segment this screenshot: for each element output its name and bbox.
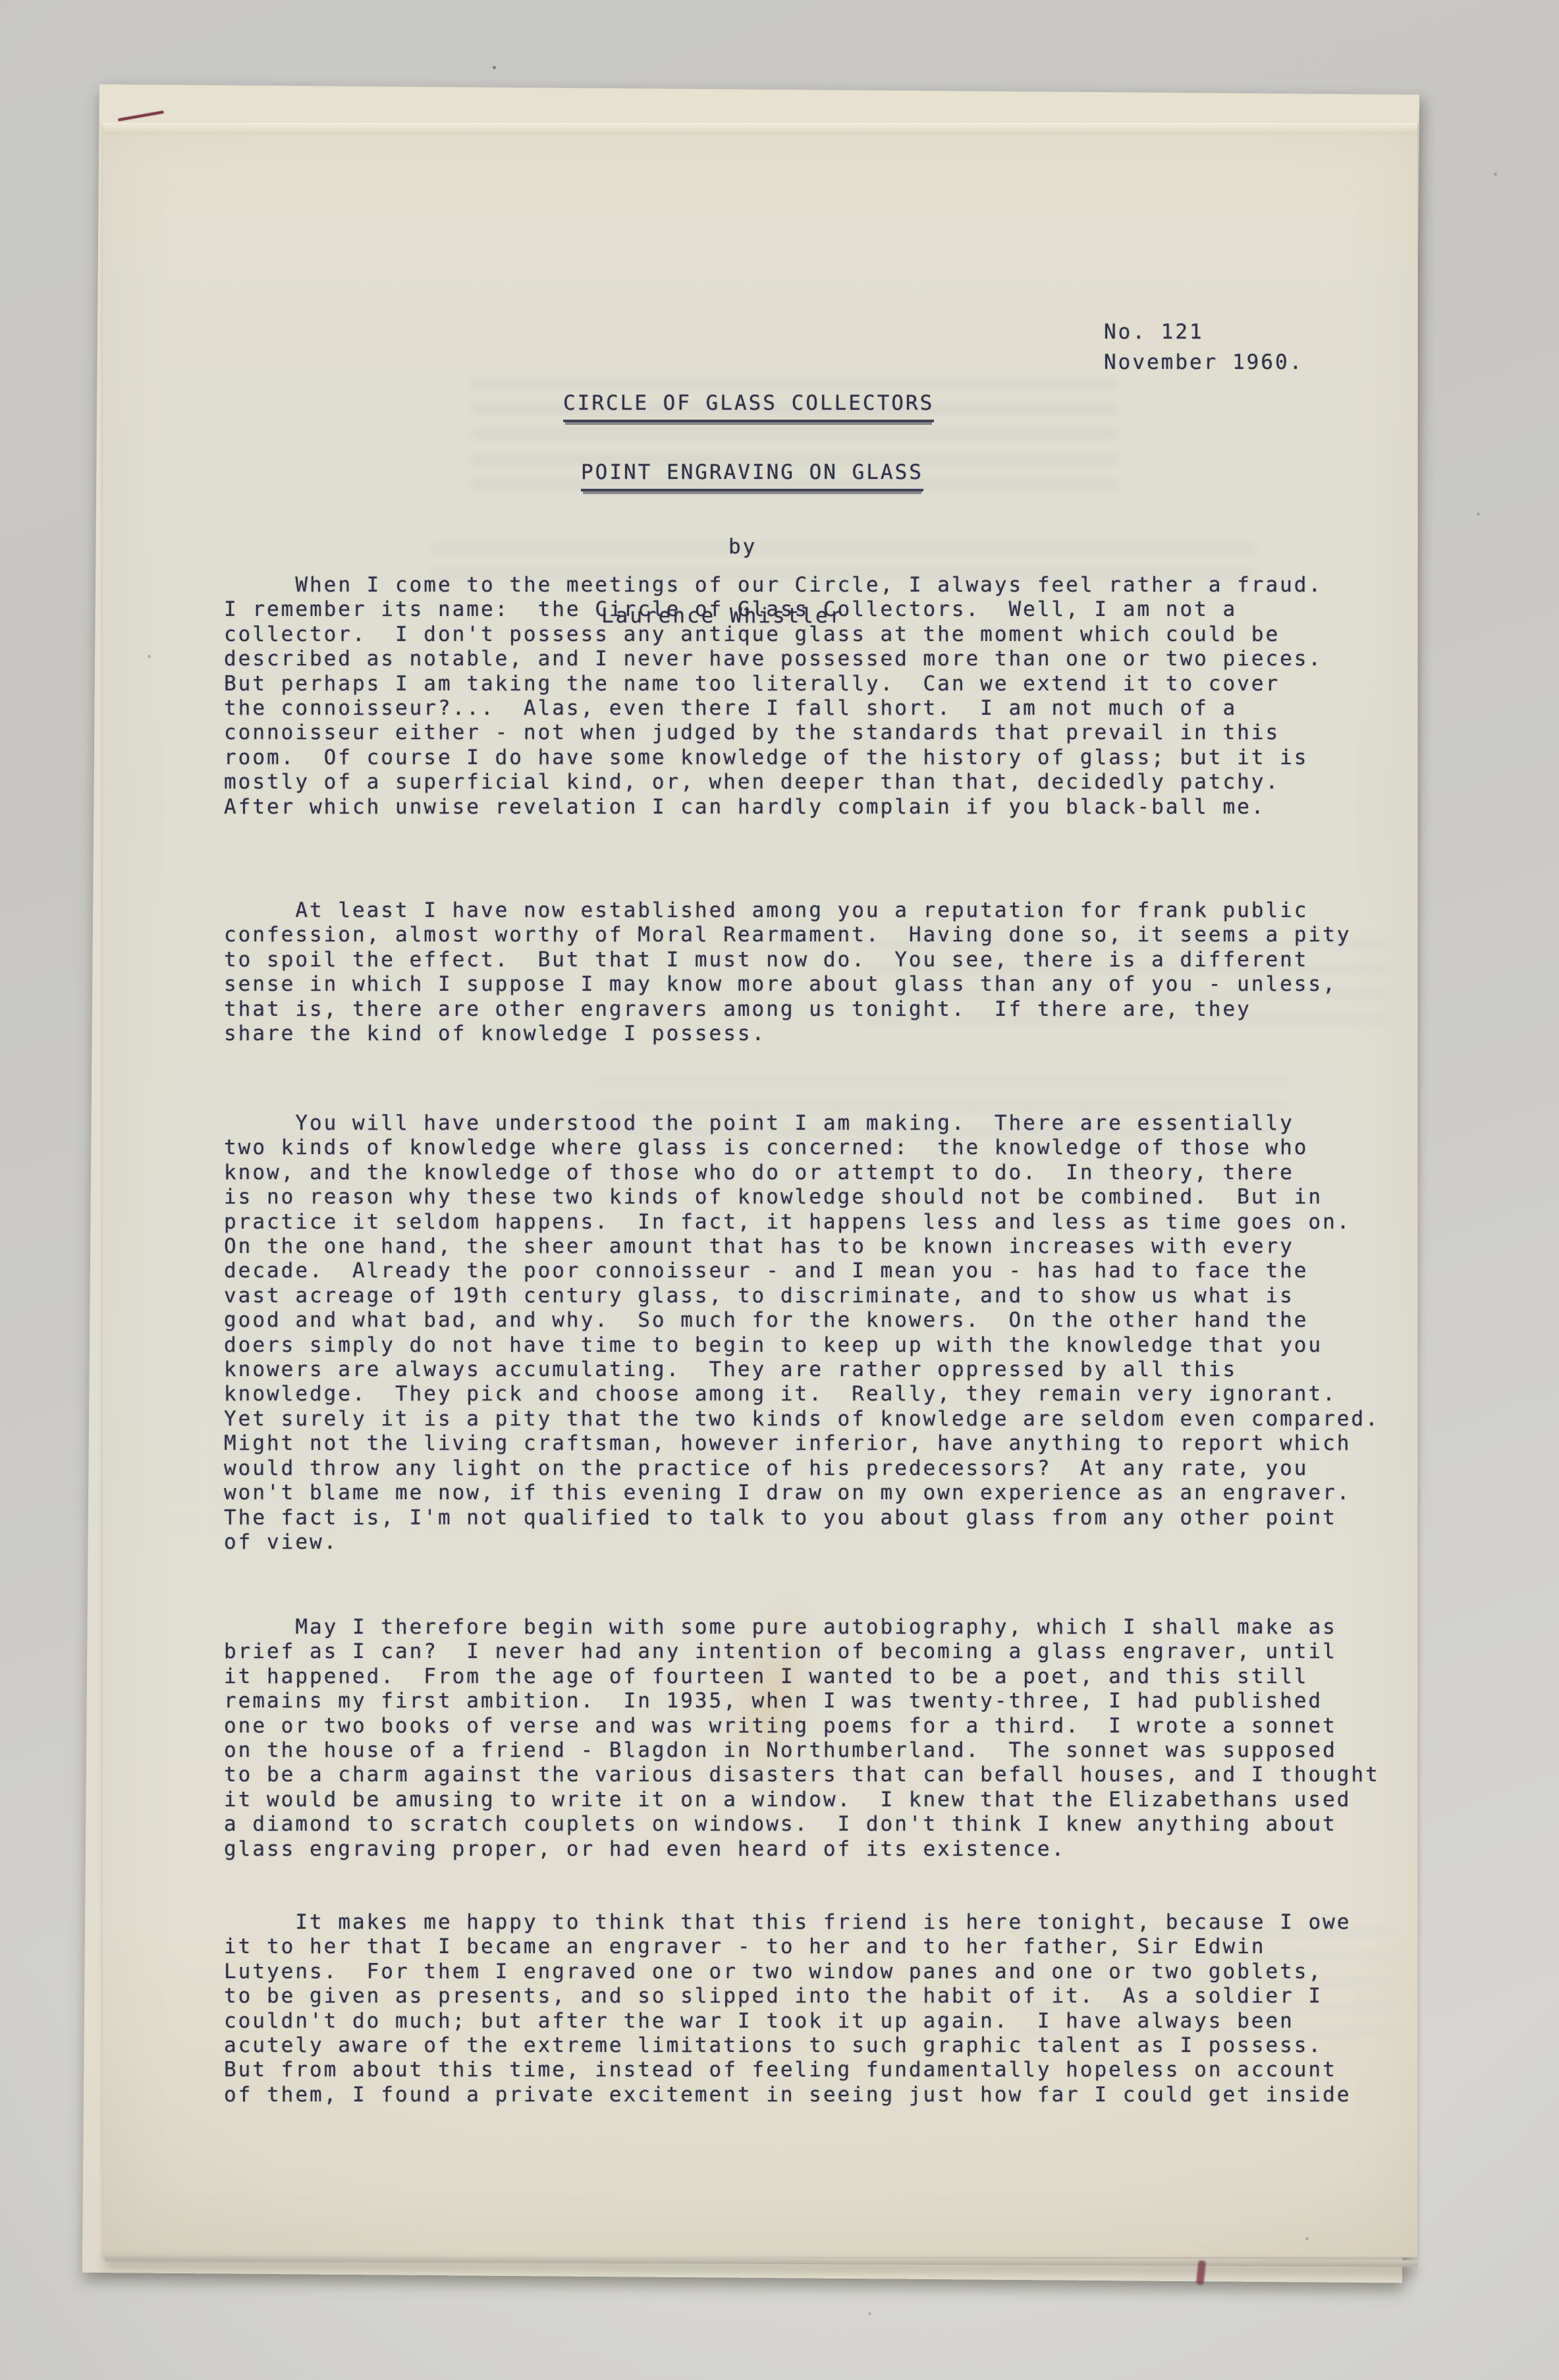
issue-number: No. 121 [1104,317,1204,347]
byline: by [728,535,757,559]
paragraph-2: At least I have now established among yo… [224,899,1436,1046]
paragraph-3: You will have understood the point I am … [224,1111,1436,1555]
dust-speck [148,655,151,658]
dust-speck [1305,2237,1309,2240]
organisation-heading: CIRCLE OF GLASS COLLECTORS [563,391,934,422]
photograph-of-typescript: No. 121 November 1960. CIRCLE OF GLASS C… [0,0,1559,2380]
fold-crease [103,123,1417,134]
dust-speck [868,2312,871,2315]
issue-date: November 1960. [1104,347,1303,377]
document-title: POINT ENGRAVING ON GLASS [581,460,923,491]
dust-speck [493,66,496,69]
paragraph-4: May I therefore begin with some pure aut… [224,1615,1436,1862]
typescript-page: No. 121 November 1960. CIRCLE OF GLASS C… [103,123,1418,2257]
paragraph-1: When I come to the meetings of our Circl… [224,573,1436,819]
paragraph-5: It makes me happy to think that this fri… [224,1910,1436,2107]
dust-speck [1494,173,1497,176]
dust-speck [1477,512,1480,516]
